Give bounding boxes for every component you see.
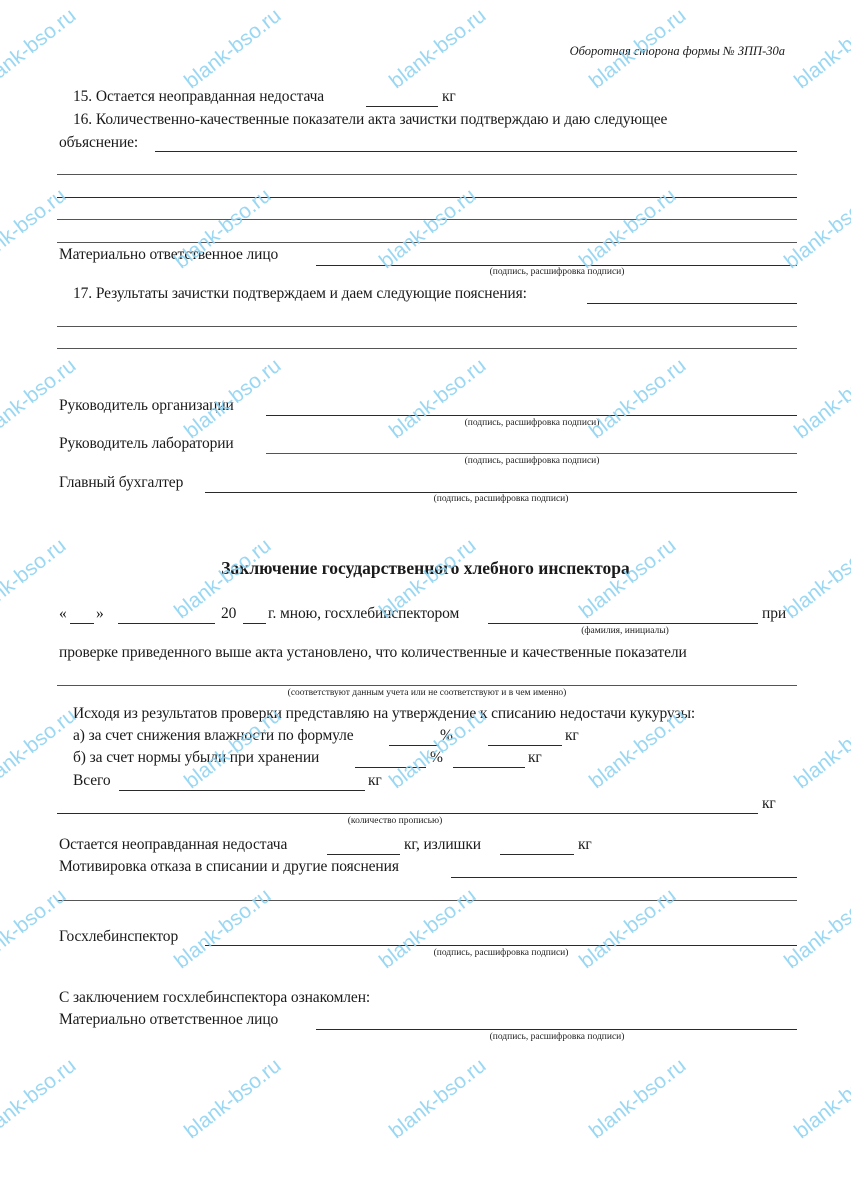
- item-a-percent-sign: %: [440, 727, 453, 745]
- signature-org-head-caption: (подпись, расшифровка подписи): [465, 418, 600, 429]
- item-a-unit: кг: [565, 727, 579, 745]
- total-kg-field[interactable]: [119, 790, 365, 791]
- watermark-text: blank-bso.ru: [180, 1054, 286, 1144]
- watermark-text: blank-bso.ru: [170, 884, 276, 974]
- item16-explanation-line-4[interactable]: [57, 219, 797, 220]
- inspector-signature-field[interactable]: [205, 945, 797, 946]
- item15-label: 15. Остается неоправданная недостача: [73, 88, 324, 106]
- final-mol-signature-label: Материально ответственное лицо: [59, 1011, 278, 1029]
- watermark-text: blank-bso.ru: [790, 1054, 851, 1144]
- item-b-kg-field[interactable]: [453, 767, 525, 768]
- total-label: Всего: [73, 772, 111, 790]
- writeoff-intro: Исходя из результатов проверки представл…: [73, 705, 695, 723]
- signature-lab-head-label: Руководитель лаборатории: [59, 435, 234, 453]
- watermark-text: blank-bso.ru: [0, 4, 81, 94]
- watermark-text: blank-bso.ru: [0, 704, 81, 794]
- total-unit: кг: [368, 772, 382, 790]
- check-result-field[interactable]: [57, 685, 797, 686]
- inspector-name-field[interactable]: [488, 623, 758, 624]
- signature-chief-accountant-caption: (подпись, расшифровка подписи): [434, 494, 569, 505]
- motivation-line-2[interactable]: [57, 900, 797, 901]
- inspector-name-caption: (фамилия, инициалы): [581, 626, 669, 637]
- check-text: проверке приведенного выше акта установл…: [59, 644, 687, 662]
- item16-explanation-line-3[interactable]: [57, 197, 797, 198]
- signature-lab-head-field[interactable]: [266, 453, 797, 454]
- watermark-text: blank-bso.ru: [385, 354, 491, 444]
- watermark-text: blank-bso.ru: [780, 884, 851, 974]
- date-month-field[interactable]: [118, 623, 215, 624]
- item-b-percent-sign: %: [430, 749, 443, 767]
- item-b-label: б) за счет нормы убыли при хранении: [73, 749, 319, 767]
- signature-lab-head-caption: (подпись, расшифровка подписи): [465, 456, 600, 467]
- item-b-percent-field[interactable]: [355, 767, 426, 768]
- acknowledged-label: С заключением госхлебинспектора ознакомл…: [59, 989, 370, 1007]
- item17-explanation-line-3[interactable]: [57, 348, 797, 349]
- item17-explanation-field[interactable]: [587, 303, 797, 304]
- item16-explanation-line-2[interactable]: [57, 174, 797, 175]
- remaining-shortage-field[interactable]: [327, 854, 400, 855]
- item17-label: 17. Результаты зачистки подтверждаем и д…: [73, 285, 527, 303]
- item-a-percent-field[interactable]: [389, 745, 439, 746]
- total-words-caption: (количество прописью): [348, 816, 442, 827]
- inspector-signature-caption: (подпись, расшифровка подписи): [434, 948, 569, 959]
- item-b-unit: кг: [528, 749, 542, 767]
- remaining-unit2: кг: [578, 836, 592, 854]
- item16-explanation-field[interactable]: [155, 151, 797, 152]
- item-a-kg-field[interactable]: [488, 745, 562, 746]
- item16-label-line1: 16. Количественно-качественные показател…: [73, 111, 667, 129]
- item-a-label: а) за счет снижения влажности по формуле: [73, 727, 354, 745]
- item15-unit: кг: [442, 88, 456, 106]
- item15-shortage-field[interactable]: [366, 106, 438, 107]
- watermark-text: blank-bso.ru: [385, 1054, 491, 1144]
- watermark-text: blank-bso.ru: [180, 4, 286, 94]
- remaining-surplus-field[interactable]: [500, 854, 574, 855]
- date-day-field[interactable]: [70, 623, 94, 624]
- final-mol-signature-caption: (подпись, расшифровка подписи): [490, 1032, 625, 1043]
- watermark-text: blank-bso.ru: [575, 884, 681, 974]
- mol-signature-field[interactable]: [316, 265, 797, 266]
- form-page: Оборотная сторона формы № ЗПП-30а 15. Ос…: [0, 0, 851, 1204]
- form-caption: Оборотная сторона формы № ЗПП-30а: [570, 44, 785, 59]
- signature-chief-accountant-label: Главный бухгалтер: [59, 474, 183, 492]
- date-open-quote: «: [59, 605, 67, 623]
- check-result-caption: (соответствуют данным учета или не соотв…: [288, 688, 567, 699]
- watermark-text: blank-bso.ru: [790, 354, 851, 444]
- date-year-prefix: 20: [221, 605, 236, 623]
- total-words-field[interactable]: [57, 813, 758, 814]
- mol-signature-caption: (подпись, расшифровка подписи): [490, 267, 625, 278]
- date-year-field[interactable]: [243, 623, 266, 624]
- motivation-label: Мотивировка отказа в списании и другие п…: [59, 858, 399, 876]
- item17-explanation-line-2[interactable]: [57, 326, 797, 327]
- signature-org-head-field[interactable]: [266, 415, 797, 416]
- remaining-label: Остается неоправданная недостача: [59, 836, 287, 854]
- signature-org-head-label: Руководитель организации: [59, 397, 234, 415]
- watermark-text: blank-bso.ru: [790, 704, 851, 794]
- watermark-text: blank-bso.ru: [585, 1054, 691, 1144]
- date-close-quote: »: [96, 605, 104, 623]
- total-words-unit: кг: [762, 795, 776, 813]
- inspector-signature-label: Госхлебинспектор: [59, 928, 178, 946]
- item16-explanation-line-5[interactable]: [57, 242, 797, 243]
- signature-chief-accountant-field[interactable]: [205, 492, 797, 493]
- item16-label-line2: объяснение:: [59, 134, 138, 152]
- watermark-text: blank-bso.ru: [790, 4, 851, 94]
- final-mol-signature-field[interactable]: [316, 1029, 797, 1030]
- watermark-text: blank-bso.ru: [0, 1054, 81, 1144]
- inspector-text: г. мною, госхлебинспектором: [268, 605, 459, 623]
- watermark-text: blank-bso.ru: [585, 354, 691, 444]
- conclusion-title: Заключение государственного хлебного инс…: [0, 558, 851, 579]
- remaining-unit1: кг, излишки: [404, 836, 481, 854]
- watermark-text: blank-bso.ru: [375, 884, 481, 974]
- mol-signature-label: Материально ответственное лицо: [59, 246, 278, 264]
- pri-word: при: [762, 605, 786, 623]
- watermark-text: blank-bso.ru: [385, 4, 491, 94]
- motivation-field[interactable]: [451, 877, 797, 878]
